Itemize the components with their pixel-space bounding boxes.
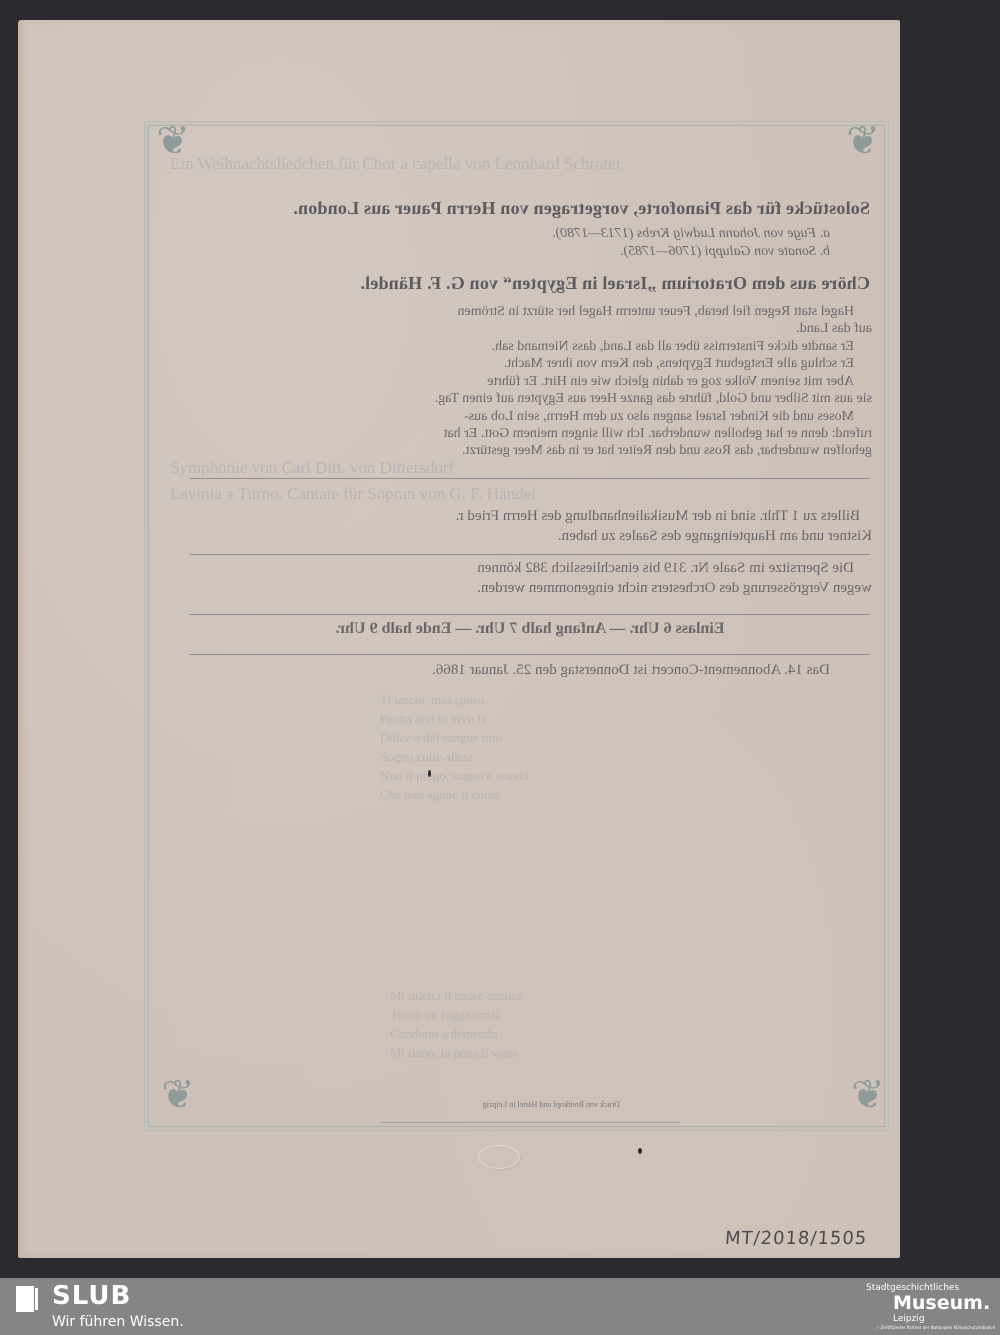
ghost-verse: Che non agone il cuore (380, 787, 680, 803)
ink-speck (638, 1148, 642, 1154)
ghost-verse: Condotto a dispendo (390, 1026, 690, 1042)
ghost-heading: Ein Weihnachtsliedchen für Chor a capell… (170, 154, 890, 174)
section-heading-choere: Chöre aus dem Oratorium „Israel in Egypt… (150, 273, 890, 294)
ghost-verse: Non ti prego, sogno e soavia (380, 768, 680, 784)
ink-speck (428, 770, 431, 777)
program-item: a. Fuge von Johann Ludwig Krebs (1713—17… (110, 226, 890, 242)
divider (190, 654, 870, 655)
lyric-line: rufend: denn er hat gehollen wunderbar. … (152, 426, 890, 442)
museum-city: Leipzig (893, 1314, 925, 1324)
times-line: Einlass 6 Uhr. — Anfang halb 7 Uhr. — En… (170, 620, 890, 638)
museum-certification-note: ✓ Zertifizierter Partner der Nationalen … (876, 1325, 995, 1330)
slub-tagline: Wir führen Wissen. (52, 1314, 184, 1330)
show-through-text-block: Ein Weihnachtsliedchen für Chor a capell… (170, 140, 890, 1140)
ghost-verse: Sogno colle alleta (380, 749, 680, 765)
lyric-line: auf das Land. (152, 321, 890, 337)
divider (190, 614, 870, 615)
section-heading-solostuecke: Solostücke für das Pianoforte, vorgetrag… (150, 198, 890, 219)
ghost-verse: Dolce a del sangue mio (380, 730, 680, 746)
tickets-line: Billets zu 1 Thlr. sind in der Musikalie… (140, 508, 890, 525)
tickets-line: Kistner und am Haupteingange des Saales … (152, 528, 890, 545)
blind-emboss-stamp (478, 1145, 520, 1169)
ghost-verse: Penna ond io vivo la (380, 711, 680, 727)
divider (190, 554, 870, 555)
ghost-verse: Mi diletta il padre ancora (390, 988, 690, 1004)
lyric-line: geholfen wunderbar, das Ross und den Rei… (152, 443, 890, 459)
lyric-line: Er sandte dicke Finsterniss über all das… (134, 339, 890, 355)
lyric-line: Er schlug alle Erstgeburt Egyptens, den … (134, 356, 890, 372)
imprint-rule (380, 1122, 680, 1123)
footer-bar: SLUB Wir führen Wissen. Stadtgeschichtli… (0, 1278, 1000, 1335)
ghost-symphony: Symphonie von Carl Ditt. von Dittersdorf (170, 458, 890, 478)
slub-logo-text[interactable]: SLUB (52, 1281, 131, 1311)
ghost-verse: Ti lascio, mio sposo (380, 692, 680, 708)
inventory-number: MT/2018/1505 (724, 1228, 868, 1249)
ghost-verse: Turno un fugga omai (390, 1007, 690, 1023)
lyric-line: Hagel statt Regen fiel herab, Feuer unte… (134, 304, 890, 320)
book-icon (14, 1284, 40, 1314)
seats-line: Die Sperrsitze im Saale Nr. 319 bis eins… (134, 560, 890, 577)
lyric-line: Aber mit seinem Volke zog er dahin gleic… (134, 374, 890, 390)
program-item: b. Sonate von Galuppi (1706—1785). (110, 244, 890, 260)
seats-line: wegen Vergrösserung des Orchesters nicht… (152, 580, 890, 597)
divider (190, 478, 870, 479)
ghost-verse: Mi dono, la pena il vano (390, 1045, 690, 1061)
printer-imprint: Druck von Breitkopf und Härtel in Leipzi… (430, 1100, 620, 1109)
lyric-line: sie aus mit Silber und Gold, führte das … (152, 391, 890, 407)
ghost-cantata: Lavinia a Turno, Cantate für Sopran von … (170, 484, 890, 504)
lyric-line: Moses und die Kinder Israel sangen also … (134, 409, 890, 425)
museum-logo-text[interactable]: Museum. (893, 1292, 990, 1314)
next-concert-line: Das 14. Abonnement-Concert ist Donnersta… (110, 662, 890, 679)
